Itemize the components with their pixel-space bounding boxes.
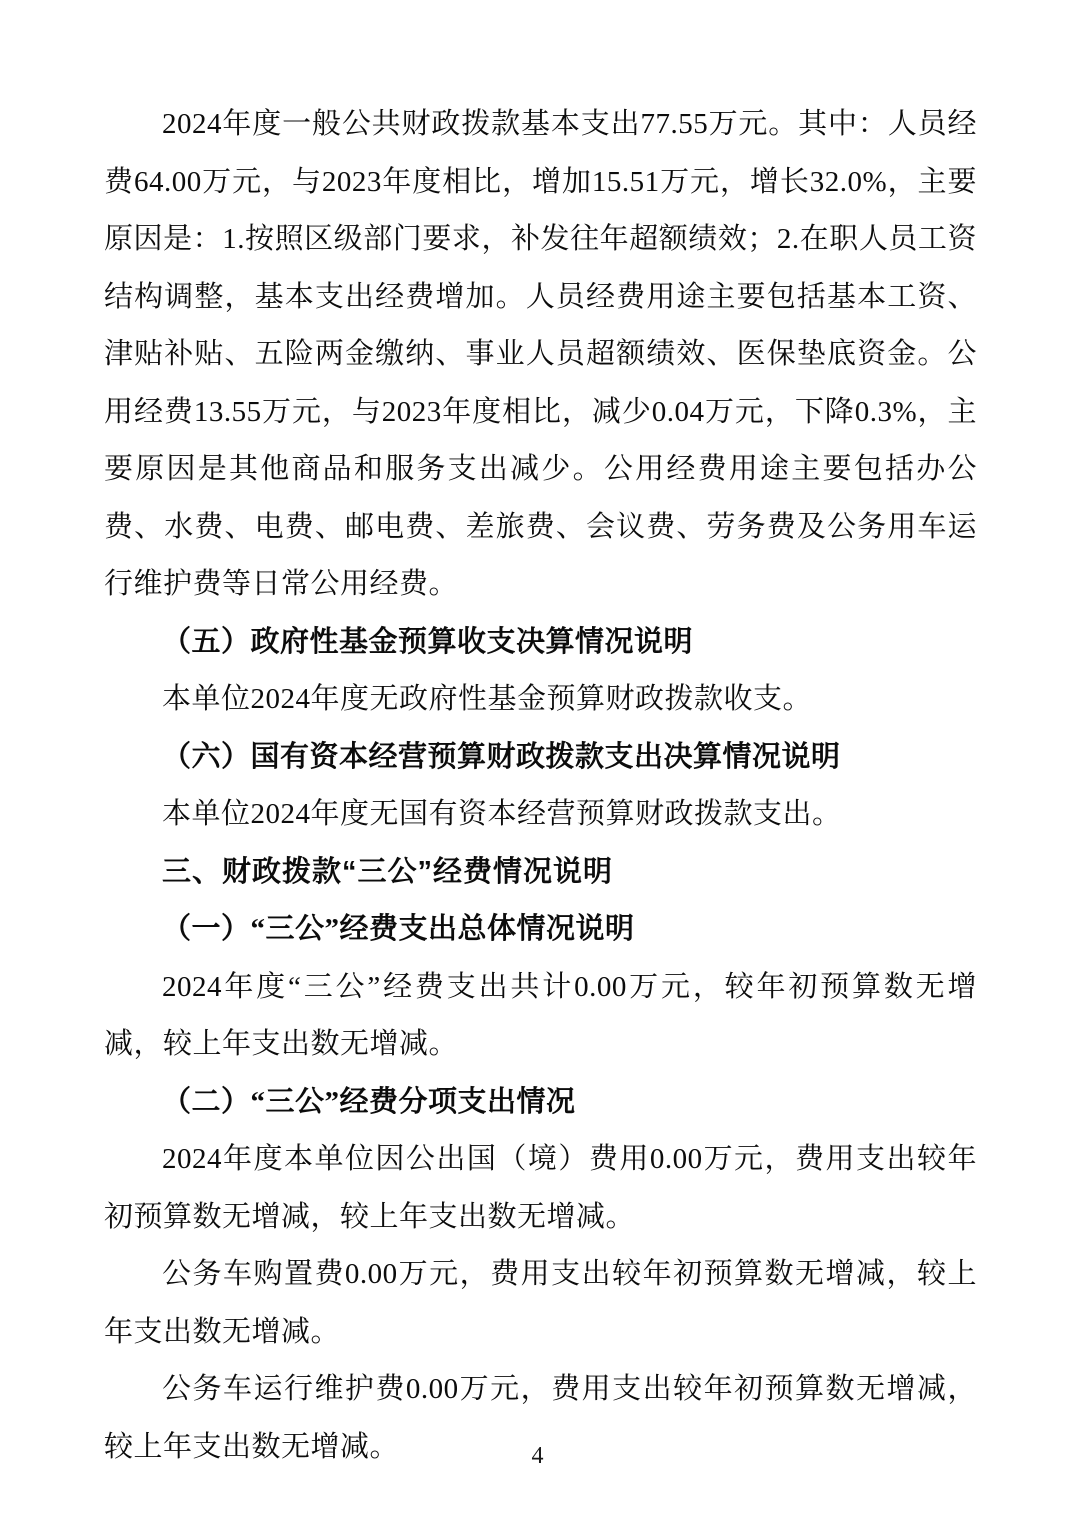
page-number: 4 [0,1443,1075,1470]
document-page: 2024年度一般公共财政拨款基本支出77.55万元。其中：人员经费64.00万元… [0,0,1075,1520]
heading-section-1-three-public-overall: （一）“三公”经费支出总体情况说明 [104,901,977,959]
paragraph-overseas-travel-expense: 2024年度本单位因公出国（境）费用0.00万元，费用支出较年初预算数无增减，较… [104,1131,977,1246]
paragraph-basic-expenditure-detail: 2024年度一般公共财政拨款基本支出77.55万元。其中：人员经费64.00万元… [104,96,977,614]
heading-section-2-three-public-itemized: （二）“三公”经费分项支出情况 [104,1074,977,1132]
paragraph-no-gov-fund-budget: 本单位2024年度无政府性基金预算财政拨款收支。 [104,671,977,729]
paragraph-three-public-total: 2024年度“三公”经费支出共计0.00万元，较年初预算数无增减，较上年支出数无… [104,959,977,1074]
heading-section-6-state-capital-budget: （六）国有资本经营预算财政拨款支出决算情况说明 [104,729,977,787]
document-body: 2024年度一般公共财政拨款基本支出77.55万元。其中：人员经费64.00万元… [104,96,977,1476]
paragraph-no-state-capital-budget: 本单位2024年度无国有资本经营预算财政拨款支出。 [104,786,977,844]
heading-section-5-gov-fund-budget: （五）政府性基金预算收支决算情况说明 [104,614,977,672]
paragraph-official-car-purchase-expense: 公务车购置费0.00万元，费用支出较年初预算数无增减，较上年支出数无增减。 [104,1246,977,1361]
heading-chapter-3-three-public-funds: 三、财政拨款“三公”经费情况说明 [104,844,977,902]
